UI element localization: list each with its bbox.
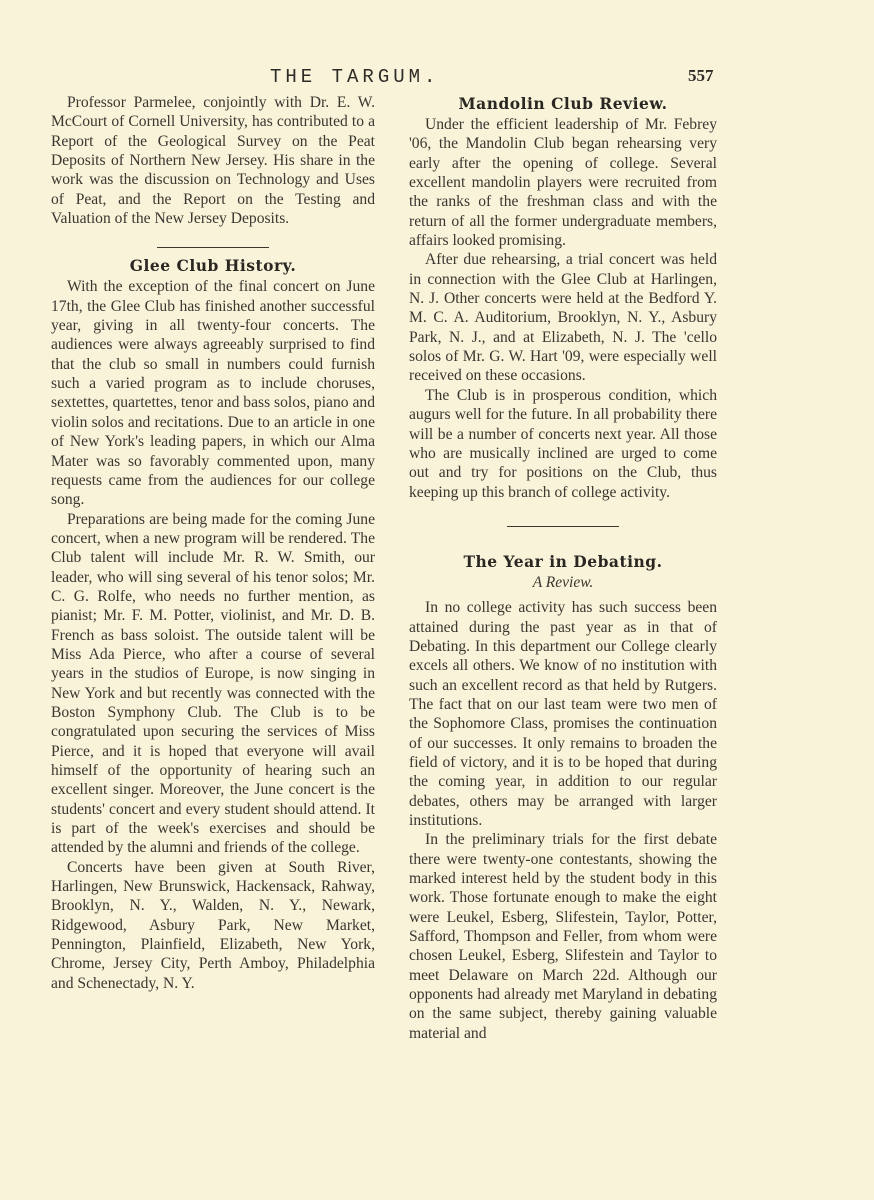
- debating-paragraph: In the preliminary trials for the first …: [409, 830, 717, 1043]
- running-title: THE TARGUM.: [270, 66, 439, 88]
- glee-club-paragraph: Preparations are being made for the comi…: [51, 510, 375, 858]
- mandolin-club-heading: Mandolin Club Review.: [409, 93, 717, 115]
- right-column: Mandolin Club Review. Under the efficien…: [409, 93, 717, 1043]
- debating-subheading: A Review.: [409, 573, 717, 592]
- mandolin-club-paragraph: The Club is in prosperous condition, whi…: [409, 386, 717, 502]
- section-divider: [157, 247, 269, 248]
- parmelee-paragraph: Professor Parmelee, conjointly with Dr. …: [51, 93, 375, 228]
- glee-club-heading: Glee Club History.: [51, 255, 375, 277]
- mandolin-club-paragraph: After due rehearsing, a trial concert wa…: [409, 250, 717, 385]
- mandolin-club-paragraph: Under the efficient leadership of Mr. Fe…: [409, 115, 717, 250]
- glee-club-paragraph: Concerts have been given at South River,…: [51, 858, 375, 993]
- glee-club-paragraph: With the exception of the final concert …: [51, 277, 375, 509]
- left-column: Professor Parmelee, conjointly with Dr. …: [51, 93, 375, 993]
- debating-heading: The Year in Debating.: [409, 551, 717, 573]
- debating-paragraph: In no college activity has such success …: [409, 598, 717, 830]
- section-divider: [507, 526, 619, 527]
- page-number: 557: [688, 66, 714, 86]
- running-head: THE TARGUM. 557: [0, 66, 874, 90]
